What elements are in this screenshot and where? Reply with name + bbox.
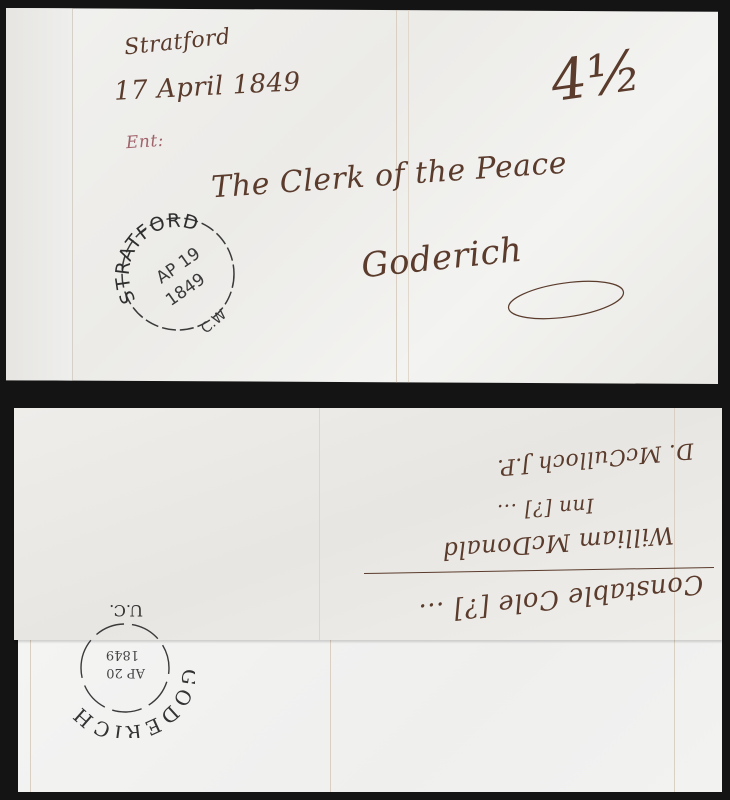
docket-note: Ent: xyxy=(125,131,164,154)
postmark-year: 1849 xyxy=(106,647,139,662)
address-line1: The Clerk of the Peace xyxy=(210,146,568,206)
docket-line3: Inn [?] ... xyxy=(496,494,595,525)
fold-line xyxy=(674,626,675,792)
rate-marking: 4½ xyxy=(547,38,646,115)
fold-line xyxy=(30,626,31,792)
dateline-date: 17 April 1849 xyxy=(113,67,301,107)
left-flap xyxy=(6,8,73,384)
docket-line2: William McDonald xyxy=(441,521,675,565)
cover-front: Stratford 17 April 1849 Ent: 4½ The Cler… xyxy=(6,8,718,384)
postmark-goderich: GODERICH AP 20 1849 U.C. xyxy=(55,598,195,738)
flourish-icon xyxy=(496,278,636,328)
fold-line xyxy=(408,8,409,384)
fold-line xyxy=(330,626,331,792)
docket-upside-down: Constable Cole [?] ... William McDonald … xyxy=(344,416,714,621)
dateline-place: Stratford xyxy=(123,24,232,60)
docket-line1: Constable Cole [?] ... xyxy=(417,568,705,628)
docket-line4: D. McCulloch J.P. xyxy=(496,437,695,479)
fold-line xyxy=(396,8,397,384)
fold-line xyxy=(319,408,320,640)
postmark-region: U.C. xyxy=(109,601,143,620)
postmark-stratford: STRATFORD AP 19 1849 C.W xyxy=(114,210,244,340)
postmark-date: AP 20 xyxy=(106,665,145,680)
